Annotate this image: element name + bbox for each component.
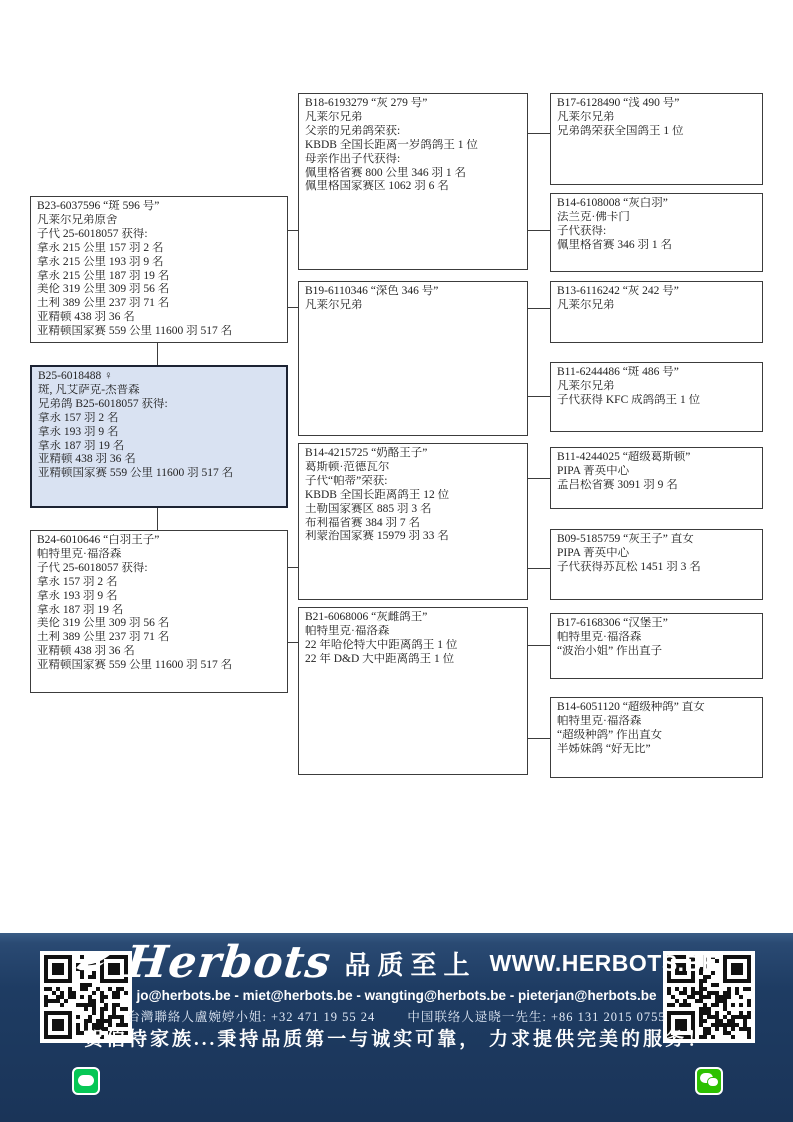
pigeon-ring-title: B14-4215725 “奶酪王子” [305, 447, 521, 461]
pedigree-result-line: 帕特里克·福洛森 [305, 625, 521, 639]
pedigree-result-line: 佩里格省赛 800 公里 346 羽 1 名 [305, 167, 521, 181]
pedigree-result-line: 帕特里克·福洛森 [37, 548, 281, 562]
pedigree-box-subject: B25-6018488 ♀ 斑, 凡艾萨克-杰普森兄弟鸽 B25-6018057… [30, 365, 288, 508]
pedigree-result-line: “超级种鸽” 作出直女 [557, 729, 756, 743]
connector-line [157, 343, 158, 365]
pedigree-result-line: 母亲作出子代获得: [305, 153, 521, 167]
pigeon-ring-title: B17-6168306 “汉堡王” [557, 617, 756, 631]
pigeon-ring-title: B11-4244025 “超级葛斯顿” [557, 451, 756, 465]
pedigree-result-line: 凡莱尔兄弟 [305, 299, 521, 313]
pedigree-box-granddam-2: B21-6068006 “灰雌鸽王” 帕特里克·福洛森22 年哈伦特大中距离鸽王… [298, 607, 528, 775]
pedigree-result-line: 土利 389 公里 237 羽 71 名 [37, 297, 281, 311]
connector-line [288, 230, 298, 231]
pedigree-result-line: 兄弟鸽 B25-6018057 获得: [38, 398, 280, 412]
pedigree-result-line: 亚精顿国家赛 559 公里 11600 羽 517 名 [37, 659, 281, 673]
pedigree-box-ggp-5: B11-4244025 “超级葛斯顿” PIPA 菁英中心孟吕松省赛 3091 … [550, 447, 763, 509]
pedigree-result-line: “波治小姐” 作出直子 [557, 645, 756, 659]
pedigree-box-ggp-4: B11-6244486 “斑 486 号” 凡莱尔兄弟子代获得 KFC 成鸽鸽王… [550, 362, 763, 432]
pedigree-box-ggp-2: B14-6108008 “灰白羽” 法兰克·佛卡门子代获得:佩里格省赛 346 … [550, 193, 763, 272]
connector-line [288, 307, 298, 308]
pedigree-result-line: 22 年哈伦特大中距离鸽王 1 位 [305, 639, 521, 653]
contact-taiwan: 台灣聯絡人盧婉婷小姐: +32 471 19 55 24 [127, 1010, 375, 1024]
pedigree-result-line: 凡莱尔兄弟 [557, 380, 756, 394]
pedigree-result-line: 拿永 215 公里 157 羽 2 名 [37, 242, 281, 256]
pedigree-box-ggp-6: B09-5185759 “灰王子” 直女 PIPA 菁英中心子代获得苏瓦松 14… [550, 529, 763, 600]
pigeon-ring-title: B19-6110346 “深色 346 号” [305, 285, 521, 299]
pedigree-box-ggp-3: B13-6116242 “灰 242 号” 凡莱尔兄弟 [550, 281, 763, 343]
wechat-app-icon [695, 1067, 723, 1095]
pedigree-result-line: 22 年 D&D 大中距离鸽王 1 位 [305, 653, 521, 667]
pedigree-result-line: KBDB 全国长距离鸽王 12 位 [305, 489, 521, 503]
pigeon-ring-title: B18-6193279 “灰 279 号” [305, 97, 521, 111]
pedigree-result-line: 斑, 凡艾萨克-杰普森 [38, 384, 280, 398]
pedigree-result-line: 亚精顿国家赛 559 公里 11600 羽 517 名 [38, 467, 280, 481]
pedigree-box-sire: B23-6037596 “斑 596 号” 凡莱尔兄弟原舍子代 25-60180… [30, 196, 288, 343]
footer-slogan: 贺伯特家族...秉持品质第一与诚实可靠， 力求提供完美的服务！ [0, 1024, 793, 1051]
pedigree-result-line: 孟吕松省赛 3091 羽 9 名 [557, 479, 756, 493]
pedigree-result-line: 佩里格省赛 346 羽 1 名 [557, 239, 756, 253]
pedigree-result-line: 子代获得: [557, 225, 756, 239]
pedigree-page: B23-6037596 “斑 596 号” 凡莱尔兄弟原舍子代 25-60180… [0, 0, 793, 1122]
pedigree-result-line: 子代 25-6018057 获得: [37, 562, 281, 576]
brand-logo-text: Herbots [124, 941, 334, 985]
contact-emails: jo@herbots.be - miet@herbots.be - wangti… [0, 988, 793, 1003]
pedigree-result-line: 拿永 187 羽 19 名 [38, 440, 280, 454]
pedigree-box-granddam-1: B19-6110346 “深色 346 号” 凡莱尔兄弟 [298, 281, 528, 436]
connector-line [528, 478, 550, 479]
pedigree-result-line: 子代 25-6018057 获得: [37, 228, 281, 242]
pedigree-result-line: 凡莱尔兄弟原舍 [37, 214, 281, 228]
pigeon-ring-title: B11-6244486 “斑 486 号” [557, 366, 756, 380]
website-url: WWW.HERBOTS.BE [489, 950, 717, 977]
pedigree-box-dam: B24-6010646 “白羽王子” 帕特里克·福洛森子代 25-6018057… [30, 530, 288, 693]
connector-line [288, 567, 298, 568]
pedigree-result-line: 帕特里克·福洛森 [557, 715, 756, 729]
pigeon-ring-title: B21-6068006 “灰雌鸽王” [305, 611, 521, 625]
connector-line [288, 642, 298, 643]
connector-line [528, 645, 550, 646]
pedigree-result-line: 拿永 187 羽 19 名 [37, 604, 281, 618]
connector-line [528, 133, 550, 134]
connector-line [528, 308, 550, 309]
pigeon-ring-title: B09-5185759 “灰王子” 直女 [557, 533, 756, 547]
contact-china: 中国联络人逯晓一先生: +86 131 2015 0755 [407, 1010, 665, 1024]
pedigree-box-ggp-1: B17-6128490 “浅 490 号” 凡莱尔兄弟兄弟鸽荣获全国鸽王 1 位 [550, 93, 763, 185]
brand-logo-row: Herbots 品质至上 WWW.HERBOTS.BE [130, 939, 663, 987]
pedigree-box-grandsire-1: B18-6193279 “灰 279 号” 凡莱尔兄弟父亲的兄弟鸽荣获:KBDB… [298, 93, 528, 270]
pedigree-result-line: 布利福省赛 384 羽 7 名 [305, 517, 521, 531]
pedigree-result-line: 拿永 157 羽 2 名 [37, 576, 281, 590]
pedigree-result-line: 帕特里克·福洛森 [557, 631, 756, 645]
connector-line [528, 738, 550, 739]
pedigree-result-line: 子代获得苏瓦松 1451 羽 3 名 [557, 561, 756, 575]
pedigree-result-line: 父亲的兄弟鸽荣获: [305, 125, 521, 139]
pedigree-result-line: 拿永 215 公里 187 羽 19 名 [37, 270, 281, 284]
pigeon-ring-title: B24-6010646 “白羽王子” [37, 534, 281, 548]
pedigree-result-line: 子代获得 KFC 成鸽鸽王 1 位 [557, 394, 756, 408]
pedigree-result-line: 佩里格国家赛区 1062 羽 6 名 [305, 180, 521, 194]
pedigree-result-line: 美伦 319 公里 309 羽 56 名 [37, 617, 281, 631]
feather-icon [75, 951, 113, 975]
footer-brand-band: Herbots 品质至上 WWW.HERBOTS.BE jo@herbots.b… [0, 933, 793, 1122]
pedigree-result-line: 拿永 215 公里 193 羽 9 名 [37, 256, 281, 270]
brand-tagline: 品质至上 [344, 945, 476, 982]
pedigree-result-line: 凡莱尔兄弟 [305, 111, 521, 125]
pedigree-box-grandsire-2: B14-4215725 “奶酪王子” 葛斯顿·范德瓦尔子代“帕蒂”荣获:KBDB… [298, 443, 528, 600]
pedigree-result-line: 拿永 157 羽 2 名 [38, 412, 280, 426]
pedigree-result-line: 子代“帕蒂”荣获: [305, 475, 521, 489]
pedigree-result-line: 法兰克·佛卡门 [557, 211, 756, 225]
pedigree-result-line: 拿永 193 羽 9 名 [37, 590, 281, 604]
pedigree-result-line: KBDB 全国长距离一岁鸽鸽王 1 位 [305, 139, 521, 153]
pigeon-ring-title: B17-6128490 “浅 490 号” [557, 97, 756, 111]
pedigree-result-line: 拿永 193 羽 9 名 [38, 426, 280, 440]
pedigree-result-line: 亚精顿 438 羽 36 名 [37, 645, 281, 659]
pedigree-result-line: 美伦 319 公里 309 羽 56 名 [37, 283, 281, 297]
pedigree-result-line: 凡莱尔兄弟 [557, 299, 756, 313]
pedigree-result-line: 亚精顿 438 羽 36 名 [38, 453, 280, 467]
pedigree-result-line: 亚精顿国家赛 559 公里 11600 羽 517 名 [37, 325, 281, 339]
pedigree-result-line: 葛斯顿·范德瓦尔 [305, 461, 521, 475]
line-app-icon [72, 1067, 100, 1095]
pedigree-result-line: 土勒国家赛区 885 羽 3 名 [305, 503, 521, 517]
pigeon-ring-title: B25-6018488 ♀ [38, 370, 280, 384]
connector-line [528, 396, 550, 397]
pedigree-box-ggp-8: B14-6051120 “超级种鸽” 直女 帕特里克·福洛森“超级种鸽” 作出直… [550, 697, 763, 778]
pigeon-ring-title: B14-6108008 “灰白羽” [557, 197, 756, 211]
pedigree-result-line: 利蒙治国家赛 15979 羽 33 名 [305, 530, 521, 544]
pedigree-result-line: PIPA 菁英中心 [557, 547, 756, 561]
connector-line [528, 230, 550, 231]
pedigree-result-line: 凡莱尔兄弟 [557, 111, 756, 125]
pedigree-result-line: 半姊妹鸽 “好无比” [557, 743, 756, 757]
contact-phones: 台灣聯絡人盧婉婷小姐: +32 471 19 55 24 中国联络人逯晓一先生:… [0, 1007, 793, 1025]
connector-line [157, 508, 158, 530]
pedigree-box-ggp-7: B17-6168306 “汉堡王” 帕特里克·福洛森“波治小姐” 作出直子 [550, 613, 763, 679]
pedigree-result-line: 土利 389 公里 237 羽 71 名 [37, 631, 281, 645]
pigeon-ring-title: B13-6116242 “灰 242 号” [557, 285, 756, 299]
connector-line [528, 568, 550, 569]
pedigree-result-line: PIPA 菁英中心 [557, 465, 756, 479]
pigeon-ring-title: B23-6037596 “斑 596 号” [37, 200, 281, 214]
pedigree-result-line: 亚精顿 438 羽 36 名 [37, 311, 281, 325]
pedigree-result-line: 兄弟鸽荣获全国鸽王 1 位 [557, 125, 756, 139]
pigeon-ring-title: B14-6051120 “超级种鸽” 直女 [557, 701, 756, 715]
